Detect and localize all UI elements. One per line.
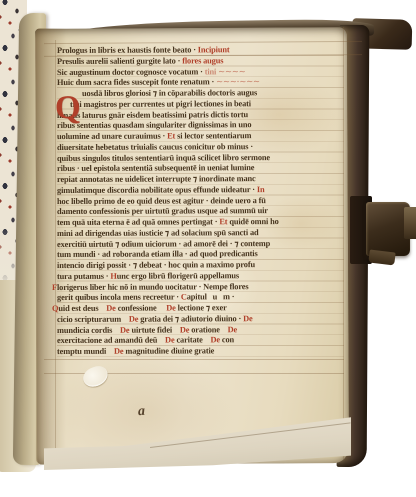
text-segment: uosdā libros gloriosi ⁊ in cōparabilis d… (82, 88, 257, 98)
text-segment: Et (167, 131, 175, 140)
manuscript-line: diuersitate hebetatus triuialis caucus c… (57, 142, 253, 153)
text-segment: diuersitate hebetatus triuialis caucus c… (57, 142, 253, 152)
manuscript-line: temptu mundi De magnitudine diuine grati… (57, 346, 214, 357)
text-segment: De (243, 314, 253, 323)
text-segment: uid est deus (58, 304, 106, 313)
manuscript-line: tini magistros per currentes ut pigri le… (70, 99, 251, 110)
text-segment: tum mundi · ad roboranda etiam illa · ad… (57, 249, 258, 259)
text-segment: lorigerus liber hic nō in mundo uocitatu… (57, 282, 248, 292)
signature-mark: a (137, 404, 145, 420)
manuscript-line: Sic augustinum doctor cognosce vocatum ·… (57, 67, 246, 78)
text-segment: De (180, 325, 190, 334)
text-segment: con (220, 335, 234, 344)
manuscript-line: quibus singulos titulos sententiarū inqu… (57, 153, 270, 164)
text-segment: unc ergo librū florigerū appellamus (117, 271, 239, 281)
text-segment: tini ∼∼∼∼ (203, 67, 246, 76)
text-segment: De (228, 325, 238, 334)
text-segment: tura putamus · (57, 272, 110, 281)
text-segment: ribus sententias quasdam singulariter di… (57, 120, 251, 130)
text-segment: quidē omni ho (227, 217, 278, 226)
text-segment: caritate (174, 336, 210, 345)
text-segment: hoc libello primo de eo quid deus est ag… (57, 196, 266, 206)
manuscript-line: exercitiū uirtutū ⁊ odium uiciorum · ad … (57, 239, 270, 250)
text-segment: magnitudine diuine gratie (123, 346, 214, 355)
text-segment: De (210, 336, 220, 345)
manuscript-photo: Prologus in libris ex haustis fonte beat… (0, 0, 416, 497)
text-segment: Incipiunt (196, 45, 230, 54)
manuscript-line: repiat annotatas ne uidelicet interrupte… (57, 174, 256, 185)
text-segment: exercitiū uirtutū ⁊ odium uiciorum · ad … (57, 239, 270, 249)
text-segment: Sic augustinum doctor cognosce vocatum · (57, 67, 203, 77)
manuscript-line: gerit quibus incola mens recreetur · Cap… (57, 292, 234, 303)
manuscript-line: cicio scripturarum De gratia dei ⁊ adiut… (57, 314, 253, 325)
text-segment: oratione (189, 325, 227, 334)
manuscript-line: uolumine ad unare curauimus · Et si lect… (57, 131, 251, 142)
manuscript-line: mini ad dirigendas uias iusticie ⁊ ad so… (57, 228, 259, 239)
manuscript-line: damento confessionis per uirtutū gradus … (57, 206, 268, 217)
manuscript-line: tura putamus · Hunc ergo librū florigerū… (57, 271, 239, 282)
text-segment: De (165, 336, 175, 345)
manuscript-line: intencio dirigi possit · ⁊ debeat · hoc … (57, 260, 255, 271)
text-segment: si lector sententiarum (175, 131, 251, 140)
text-segment: cicio scripturarum (57, 314, 129, 323)
text-segment: limatis laturus gnār eisdem beatissimi p… (57, 110, 248, 120)
manuscript-line: ribus sententias quasdam singulariter di… (57, 120, 251, 131)
text-segment: flores augus (180, 56, 223, 65)
manuscript-line: exercitacione ad amandū deū De caritate … (57, 335, 234, 346)
text-segment: mini ad dirigendas uias iusticie ⁊ ad so… (57, 228, 259, 238)
text-segment: ribus · uel epistola sententiā subsequen… (57, 163, 254, 173)
manuscript-line: gimulatimque discordia nobilitate opus e… (57, 185, 265, 196)
manuscript-line: Florigerus liber hic nō in mundo uocitat… (52, 282, 248, 293)
text-segment: gerit quibus incola mens recreetur · (57, 293, 181, 303)
text-segment: uolumine ad unare curauimus · (57, 132, 167, 141)
text-segment: In (257, 185, 265, 194)
text-segment: uirtute fidei (129, 325, 179, 334)
text-segment: gimulatimque discordia nobilitate opus e… (57, 185, 257, 195)
text-segment: mundicia cordis (57, 325, 120, 334)
text-block: Prologus in libris ex haustis fonte beat… (0, 0, 416, 497)
text-segment: quibus singulos titulos sententiarū inqu… (57, 153, 270, 163)
manuscript-line: tum mundi · ad roboranda etiam illa · ad… (57, 249, 258, 260)
manuscript-line: Quid est deus De confessione De lectione… (52, 303, 227, 314)
manuscript-line: hoc libello primo de eo quid deus est ag… (57, 196, 266, 207)
text-segment: Huic dum sacra fides suscepit fonte rena… (57, 78, 214, 88)
manuscript-line: mundicia cordis De uirtute fidei De orat… (57, 325, 237, 336)
text-segment: De (106, 304, 116, 313)
text-segment: De (129, 314, 139, 323)
text-segment: repiat annotatas ne uidelicet interrupte… (57, 174, 256, 184)
text-segment: gratia dei ⁊ adiutorio diuino · (138, 314, 243, 323)
manuscript-line: ribus · uel epistola sententiā subsequen… (57, 163, 254, 174)
text-segment: damento confessionis per uirtutū gradus … (57, 206, 268, 216)
manuscript-line: Presulis aurelii salienti gurgite lato ·… (57, 56, 223, 67)
text-segment: apitul u m · (187, 292, 235, 301)
manuscript-line: Huic dum sacra fides suscepit fonte rena… (57, 77, 260, 88)
manuscript-line: uosdā libros gloriosi ⁊ in cōparabilis d… (82, 88, 257, 99)
text-segment: tem quā uita eterna ē ad quā omnes perti… (57, 217, 219, 227)
text-segment: Presulis aurelii salienti gurgite lato · (57, 56, 180, 66)
manuscript-line: tem quā uita eterna ē ad quā omnes perti… (57, 217, 279, 228)
text-segment: confessione (116, 304, 167, 313)
text-segment: intencio dirigi possit · ⁊ debeat · hoc … (57, 260, 255, 270)
text-segment: ∼∼∼·∼∼∼ (214, 77, 260, 86)
text-segment: exercitacione ad amandū deū (57, 336, 165, 345)
text-segment: Prologus in libris ex haustis fonte beat… (57, 45, 196, 55)
manuscript-line: limatis laturus gnār eisdem beatissimi p… (57, 110, 248, 121)
text-segment: temptu mundi (57, 347, 114, 356)
text-segment: lectione ⁊ exer (176, 303, 227, 312)
manuscript-line: Prologus in libris ex haustis fonte beat… (57, 45, 230, 56)
initial-letter: Q (55, 93, 81, 123)
text-segment: De (166, 303, 176, 312)
text-segment: tini magistros per currentes ut pigri le… (70, 99, 251, 109)
